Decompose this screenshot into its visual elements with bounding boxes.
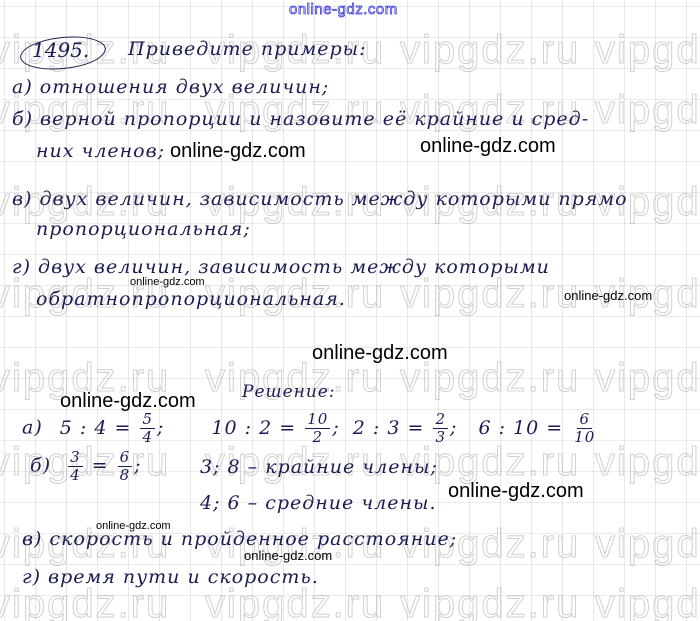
faint-watermark: vipgdz	[595, 28, 700, 73]
solution-a-label: а)	[22, 417, 43, 439]
faint-watermark: vipgdz	[595, 582, 700, 621]
faint-watermark: vipgdz.ru	[400, 272, 580, 317]
solution-a-expr3: 2 : 3 =	[353, 417, 425, 439]
fraction: 23	[433, 412, 448, 445]
site-watermark: online-gdz.com	[420, 135, 556, 158]
task-item-b: б) верной пропорции и назовите её крайни…	[12, 108, 589, 130]
faint-watermark: vipgdz.ru	[400, 582, 580, 621]
site-watermark: online-gdz.com	[244, 548, 332, 563]
site-watermark: online-gdz.com	[448, 480, 584, 503]
task-item-v-cont: пропорциональная;	[36, 218, 251, 240]
solution-b-middle: 4; 6 – средние члены.	[200, 492, 437, 514]
task-item-a: а) отношения двух величин;	[12, 76, 329, 98]
solution-b-row: б) 34 = 68;	[30, 450, 142, 483]
site-watermark: online-gdz.com	[170, 140, 306, 163]
homework-page: vipgdz.ru vipgdz.ru vipgdz.ru vipgdz vip…	[0, 0, 700, 621]
faint-watermark: vipgdz	[595, 522, 700, 567]
top-watermark: online-gdz.com	[289, 1, 398, 18]
task-item-v: в) двух величин, зависимость между котор…	[12, 188, 628, 210]
solution-a-expr4: 6 : 10 =	[478, 417, 563, 439]
fraction: 54	[140, 412, 155, 445]
task-item-g-cont: обратнопропорциональная.	[36, 288, 346, 310]
faint-watermark: vipgdz	[595, 356, 700, 401]
solution-a-row: а) 5 : 4 = 54; 10 : 2 = 102; 2 : 3 = 23;…	[22, 412, 599, 445]
solution-b-label: б)	[30, 455, 51, 477]
faint-watermark: vipgdz	[595, 88, 700, 133]
faint-watermark: vipgdz.ru	[400, 28, 580, 73]
task-item-b-cont: них членов;	[36, 140, 165, 162]
fraction: 34	[68, 450, 83, 483]
faint-watermark: vipgdz	[595, 440, 700, 485]
fraction: 102	[305, 412, 330, 445]
fraction: 610	[572, 412, 597, 445]
task-title: Приведите примеры:	[128, 38, 367, 60]
solution-a-expr2: 10 : 2 =	[211, 417, 296, 439]
solution-g: г) время пути и скорость.	[22, 566, 319, 588]
site-watermark: online-gdz.com	[60, 390, 196, 413]
solution-heading: Решение:	[242, 382, 336, 402]
task-item-g: г) двух величин, зависимость между котор…	[12, 256, 550, 278]
site-watermark: online-gdz.com	[130, 276, 205, 288]
site-watermark: online-gdz.com	[312, 342, 448, 365]
task-number: 1495.	[32, 38, 89, 62]
site-watermark: online-gdz.com	[564, 288, 652, 303]
solution-a-expr1: 5 : 4 =	[60, 417, 132, 439]
solution-b-extreme: 3; 8 – крайние члены;	[200, 456, 438, 478]
solution-v: в) скорость и пройденное расстояние;	[22, 528, 457, 550]
fraction: 68	[118, 450, 133, 483]
site-watermark: online-gdz.com	[96, 520, 171, 532]
